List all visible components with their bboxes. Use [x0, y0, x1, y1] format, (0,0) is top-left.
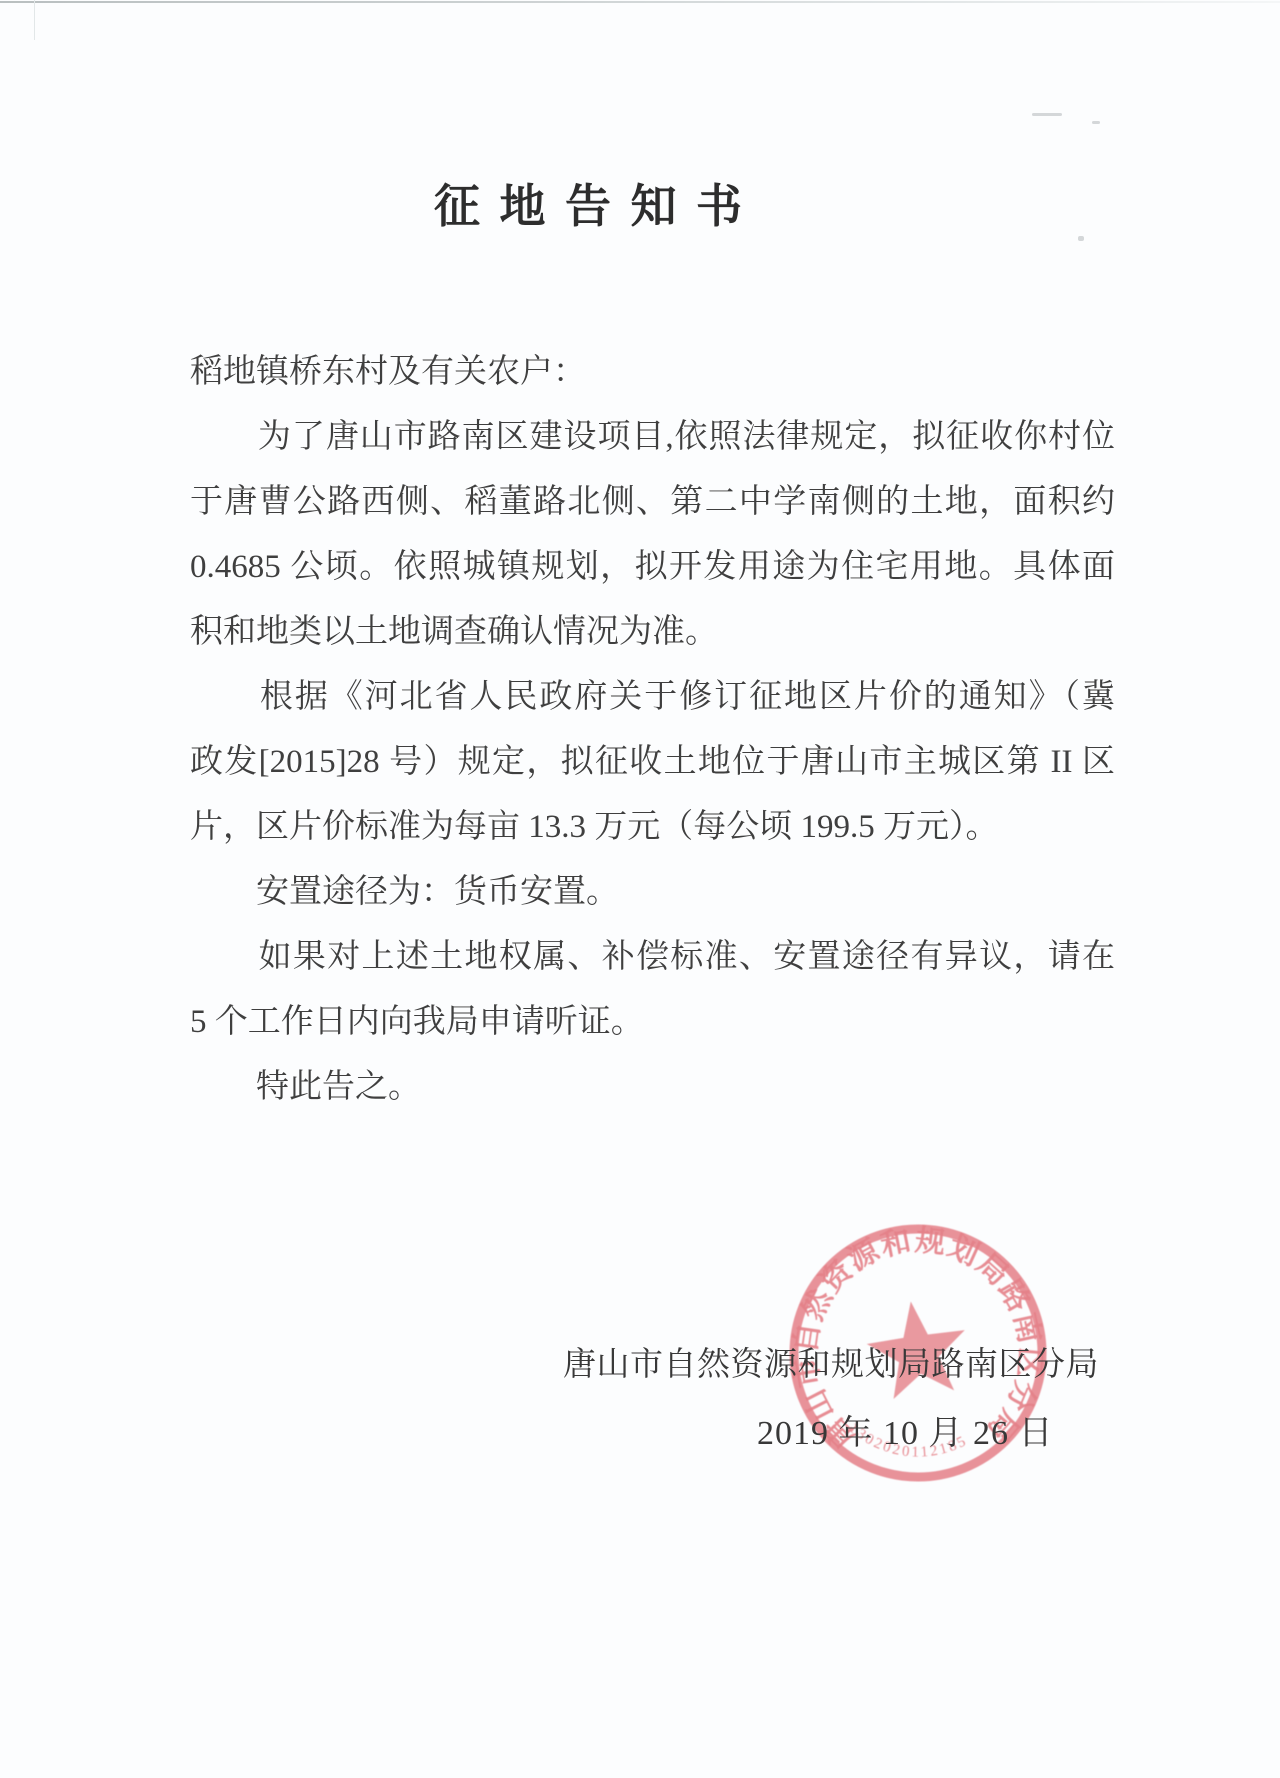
body-line: 积和地类以土地调查确认情况为准。 [190, 600, 1115, 665]
body-line: 5 个工作日内向我局申请听证。 [190, 990, 1115, 1055]
body-line: 特此告之。 [190, 1055, 1115, 1120]
scan-edge-top [0, 1, 1280, 3]
scan-speck [1078, 236, 1084, 241]
scan-speck [1032, 113, 1062, 116]
salutation: 稻地镇桥东村及有关农户： [190, 340, 1115, 405]
body-line: 政发[2015]28 号）规定，拟征收土地位于唐山市主城区第 II 区 [190, 730, 1115, 795]
body-line: 如果对上述土地权属、补偿标准、安置途径有异议，请在 [190, 925, 1115, 990]
body-line: 于唐曹公路西侧、稻董路北侧、第二中学南侧的土地，面积约 [190, 470, 1115, 535]
signature-date: 2019 年 10 月 26 日 [757, 1414, 1054, 1454]
scan-edge-left [34, 0, 35, 40]
body-text: 为了唐山市路南区建设项目,依照法律规定，拟征收你村位于唐曹公路西侧、稻董路北侧、… [190, 405, 1115, 1120]
body-line: 根据《河北省人民政府关于修订征地区片价的通知》（冀 [190, 665, 1115, 730]
body-line: 0.4685 公顷。依照城镇规划，拟开发用途为住宅用地。具体面 [190, 535, 1115, 600]
signature-organization: 唐山市自然资源和规划局路南区分局 [563, 1345, 1099, 1385]
body-line: 为了唐山市路南区建设项目,依照法律规定，拟征收你村位 [190, 405, 1115, 470]
page-title: 征 地 告 知 书 [0, 178, 1180, 236]
body-line: 安置途径为：货币安置。 [190, 860, 1115, 925]
body-line: 片，区片价标准为每亩 13.3 万元（每公顷 199.5 万元）。 [190, 795, 1115, 860]
document-page: 征 地 告 知 书 稻地镇桥东村及有关农户： 为了唐山市路南区建设项目,依照法律… [0, 0, 1280, 1778]
scan-speck [1092, 121, 1100, 124]
